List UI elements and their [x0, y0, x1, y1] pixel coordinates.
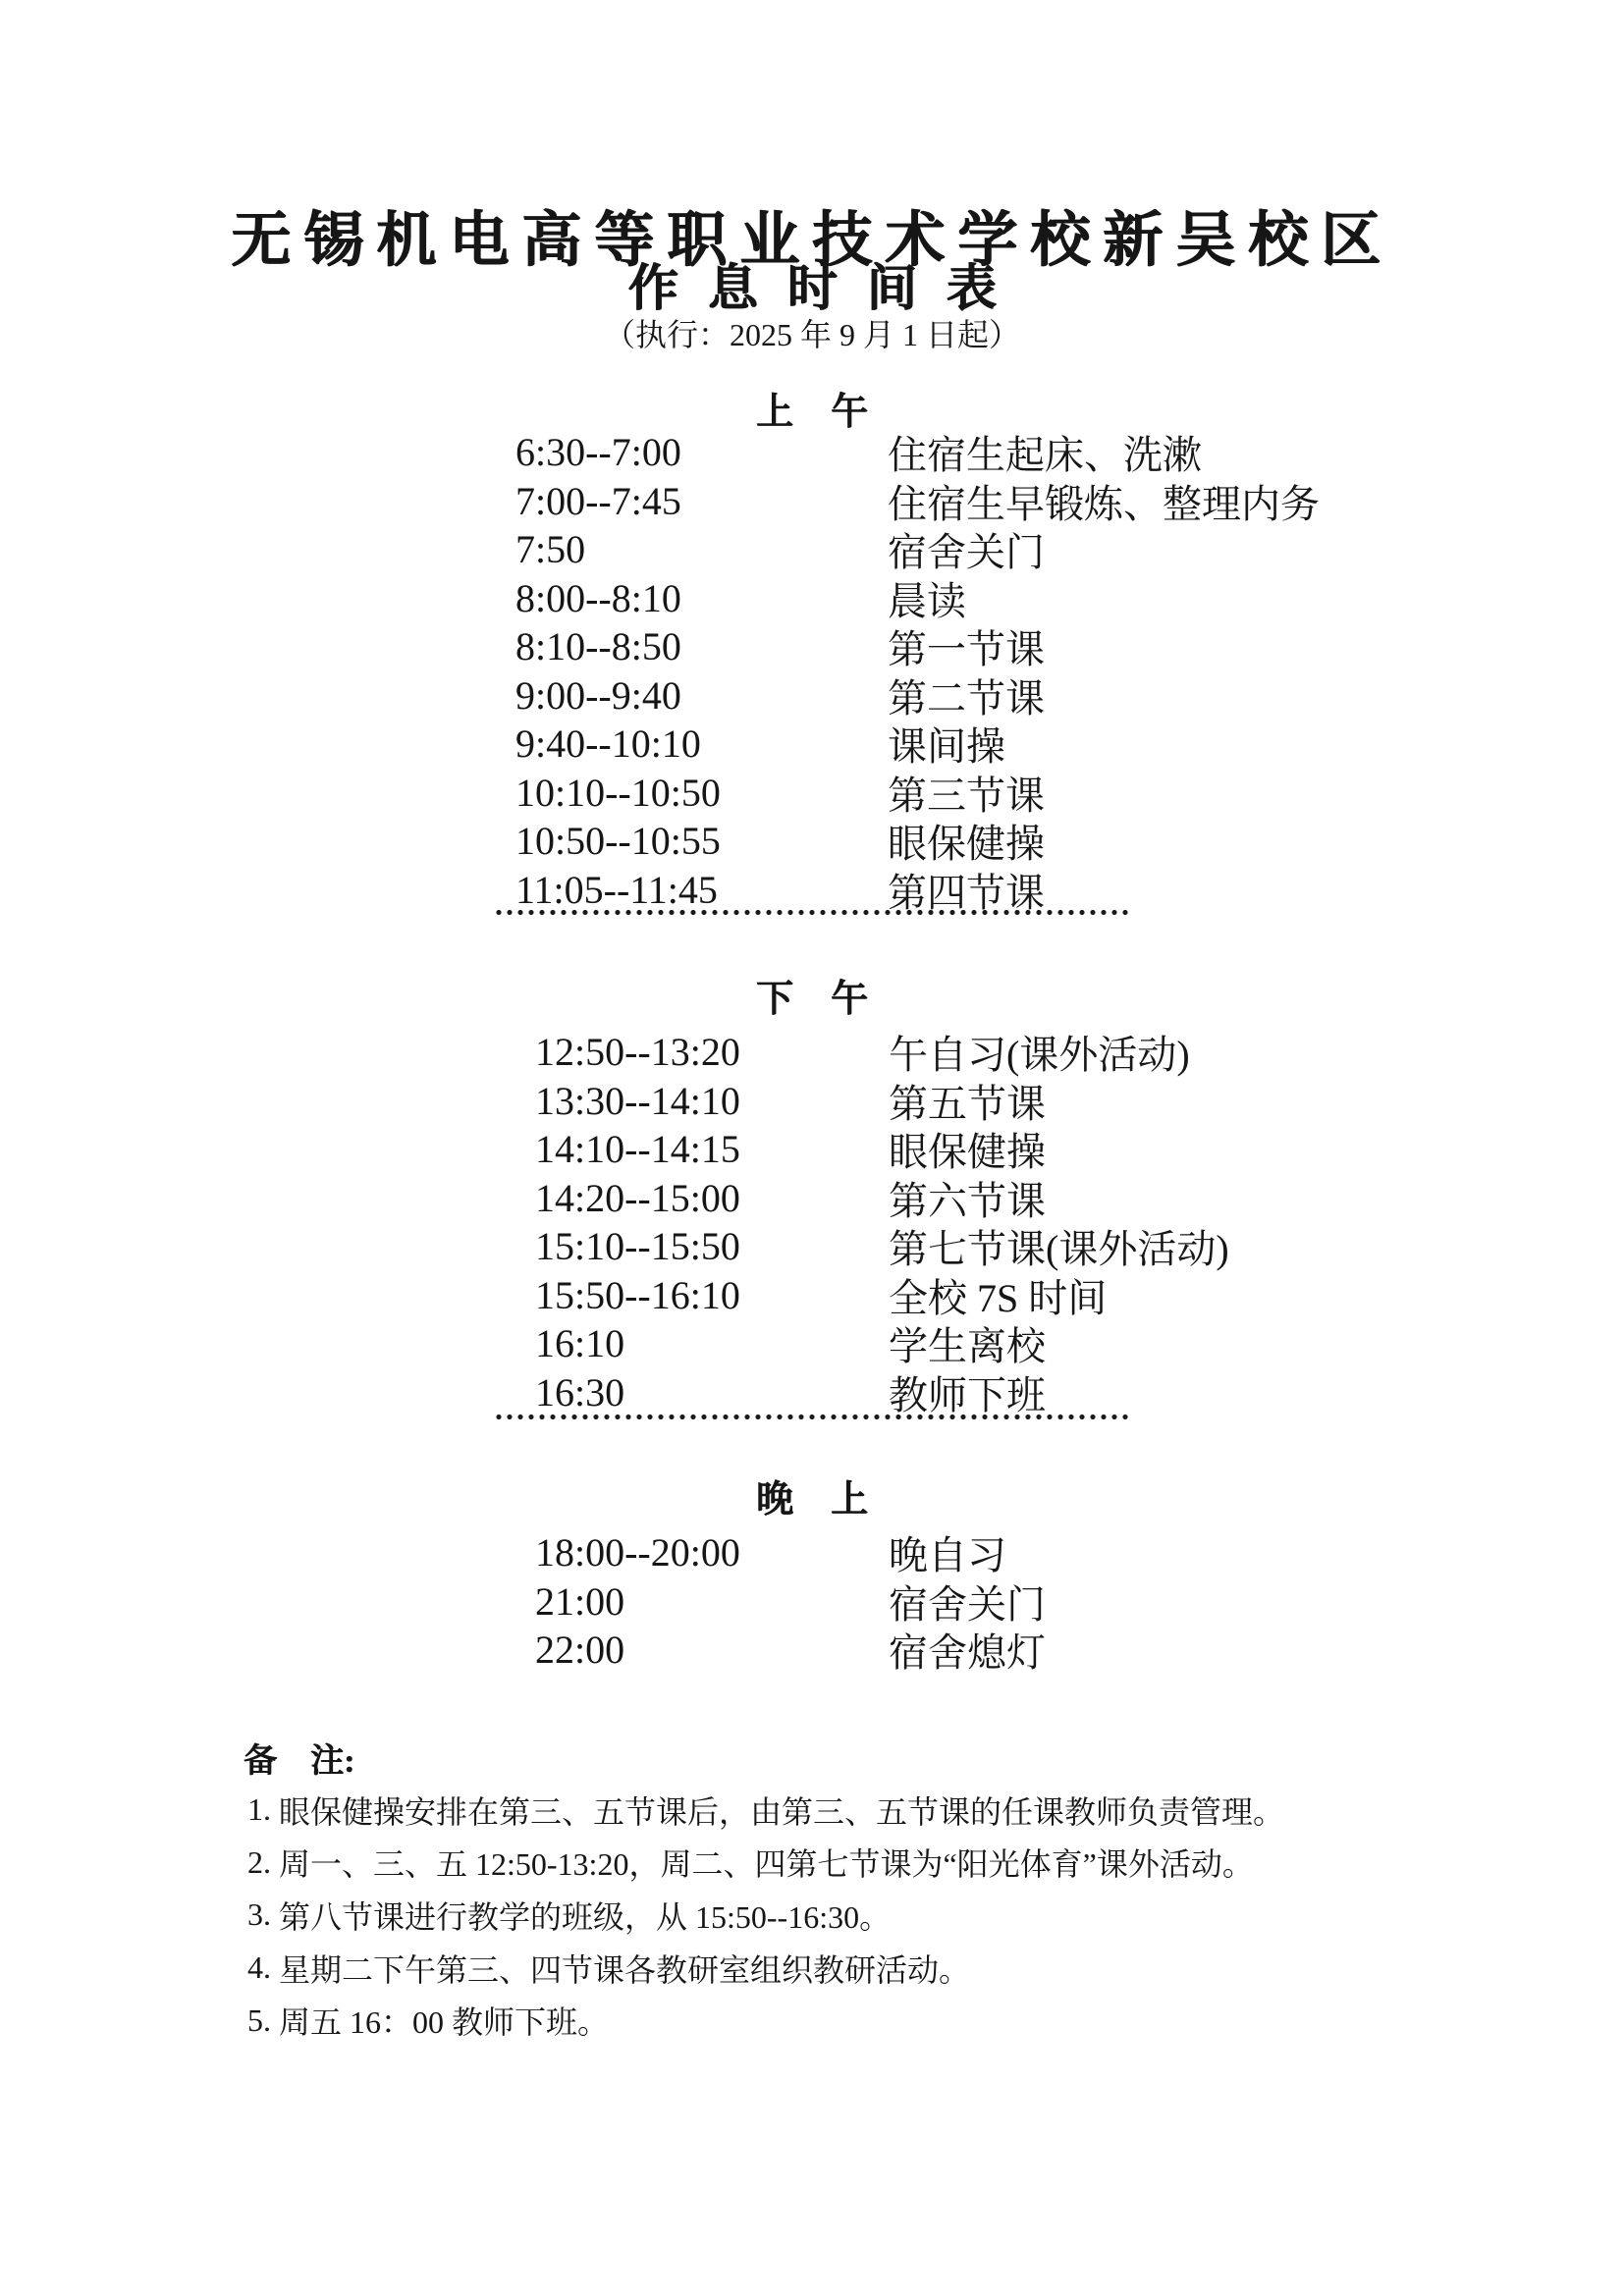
- note-text: 星期二下午第三、四节课各教研室组织教研活动。: [279, 1946, 970, 1991]
- activity-label: 眼保健操: [888, 813, 1045, 869]
- note-text: 第八节课进行教学的班级，从 15:50--16:30。: [279, 1893, 891, 1938]
- schedule-row: 7:00--7:45住宿生早锻炼、整理内务: [515, 477, 1320, 526]
- time-range: 14:20--15:00: [535, 1175, 889, 1221]
- notes-header: 备 注:: [244, 1734, 354, 1782]
- note-number: 4.: [247, 1949, 279, 1986]
- schedule-row: 11:05--11:45第四节课: [515, 866, 1320, 915]
- schedule-row: 22:00宿舍熄灯: [535, 1626, 1046, 1675]
- activity-label: 学生离校: [889, 1315, 1046, 1371]
- page-subtitle: 作息时间表: [0, 247, 1624, 320]
- time-range: 10:50--10:55: [515, 818, 888, 864]
- time-range: 18:00--20:00: [535, 1529, 889, 1575]
- time-range: 9:40--10:10: [515, 721, 888, 767]
- dotted-divider: [496, 909, 1129, 916]
- time-range: 8:00--8:10: [515, 575, 888, 621]
- schedule-afternoon: 12:50--13:20午自习(课外活动)13:30--14:10第五节课14:…: [535, 1028, 1229, 1416]
- note-text: 眼保健操安排在第三、五节课后，由第三、五节课的任课教师负责管理。: [279, 1788, 1284, 1833]
- note-item: 2.周一、三、五 12:50-13:20，周二、四第七节课为“阳光体育”课外活动…: [247, 1837, 1284, 1890]
- time-range: 11:05--11:45: [515, 867, 888, 913]
- timetable-page: 无锡机电高等职业技术学校新吴校区 作息时间表 （执行：2025 年 9 月 1 …: [0, 0, 1624, 2296]
- section-header-afternoon: 下 午: [0, 968, 1624, 1022]
- schedule-row: 21:00宿舍关门: [535, 1577, 1046, 1627]
- schedule-row: 10:50--10:55眼保健操: [515, 817, 1320, 866]
- time-range: 22:00: [535, 1627, 889, 1673]
- note-item: 4.星期二下午第三、四节课各教研室组织教研活动。: [247, 1942, 1284, 1995]
- activity-label: 课间操: [888, 716, 1005, 772]
- activity-label: 宿舍熄灯: [889, 1622, 1046, 1678]
- schedule-row: 8:10--8:50第一节课: [515, 622, 1320, 671]
- time-range: 14:10--14:15: [535, 1126, 889, 1172]
- schedule-row: 14:10--14:15眼保健操: [535, 1125, 1229, 1174]
- schedule-row: 16:10学生离校: [535, 1319, 1229, 1368]
- activity-label: 住宿生起床、洗漱: [888, 424, 1202, 480]
- schedule-evening: 18:00--20:00晚自习21:00宿舍关门22:00宿舍熄灯: [535, 1528, 1046, 1675]
- schedule-row: 14:20--15:00第六节课: [535, 1174, 1229, 1223]
- time-range: 16:30: [535, 1369, 889, 1415]
- time-range: 13:30--14:10: [535, 1078, 889, 1124]
- time-range: 10:10--10:50: [515, 770, 888, 816]
- schedule-row: 6:30--7:00住宿生起床、洗漱: [515, 428, 1320, 477]
- time-range: 6:30--7:00: [515, 429, 888, 475]
- section-header-evening: 晚 上: [0, 1468, 1624, 1522]
- schedule-row: 9:00--9:40第二节课: [515, 671, 1320, 721]
- activity-label: 宿舍关门: [888, 521, 1045, 577]
- schedule-row: 15:10--15:50第七节课(课外活动): [535, 1222, 1229, 1271]
- activity-label: 第一节课: [888, 618, 1045, 674]
- schedule-row: 10:10--10:50第三节课: [515, 769, 1320, 818]
- time-range: 12:50--13:20: [535, 1029, 889, 1075]
- time-range: 15:50--16:10: [535, 1272, 889, 1318]
- schedule-row: 8:00--8:10晨读: [515, 574, 1320, 623]
- activity-label: 晚自习: [889, 1524, 1006, 1580]
- note-item: 1.眼保健操安排在第三、五节课后，由第三、五节课的任课教师负责管理。: [247, 1784, 1284, 1837]
- note-number: 2.: [247, 1844, 279, 1881]
- effective-date: （执行：2025 年 9 月 1 日起）: [0, 310, 1624, 355]
- schedule-morning: 6:30--7:00住宿生起床、洗漱7:00--7:45住宿生早锻炼、整理内务7…: [515, 428, 1320, 914]
- schedule-row: 12:50--13:20午自习(课外活动): [535, 1028, 1229, 1077]
- schedule-row: 16:30教师下班: [535, 1368, 1229, 1417]
- activity-label: 午自习(课外活动): [889, 1024, 1190, 1080]
- schedule-row: 13:30--14:10第五节课: [535, 1077, 1229, 1126]
- activity-label: 第三节课: [888, 765, 1045, 821]
- activity-label: 教师下班: [889, 1364, 1046, 1420]
- note-item: 5.周五 16：00 教师下班。: [247, 1994, 1284, 2047]
- activity-label: 晨读: [888, 570, 966, 626]
- time-range: 16:10: [535, 1320, 889, 1366]
- time-range: 9:00--9:40: [515, 672, 888, 719]
- schedule-row: 18:00--20:00晚自习: [535, 1528, 1046, 1577]
- time-range: 21:00: [535, 1578, 889, 1625]
- activity-label: 第二节课: [888, 667, 1045, 723]
- time-range: 15:10--15:50: [535, 1223, 889, 1269]
- activity-label: 第七节课(课外活动): [889, 1218, 1229, 1274]
- activity-label: 眼保健操: [889, 1121, 1046, 1177]
- note-number: 5.: [247, 2002, 279, 2039]
- note-item: 3.第八节课进行教学的班级，从 15:50--16:30。: [247, 1889, 1284, 1942]
- notes-list: 1.眼保健操安排在第三、五节课后，由第三、五节课的任课教师负责管理。2.周一、三…: [247, 1784, 1284, 2047]
- schedule-row: 9:40--10:10课间操: [515, 720, 1320, 769]
- section-header-morning: 上 午: [0, 381, 1624, 435]
- activity-label: 第六节课: [889, 1170, 1046, 1226]
- dotted-divider: [496, 1414, 1129, 1420]
- note-text: 周五 16：00 教师下班。: [279, 1998, 609, 2043]
- activity-label: 住宿生早锻炼、整理内务: [888, 473, 1320, 529]
- activity-label: 第五节课: [889, 1073, 1046, 1129]
- note-number: 1.: [247, 1791, 279, 1828]
- time-range: 7:00--7:45: [515, 478, 888, 524]
- activity-label: 宿舍关门: [889, 1574, 1046, 1629]
- time-range: 8:10--8:50: [515, 623, 888, 669]
- note-text: 周一、三、五 12:50-13:20，周二、四第七节课为“阳光体育”课外活动。: [279, 1840, 1254, 1885]
- time-range: 7:50: [515, 526, 888, 572]
- schedule-row: 7:50宿舍关门: [515, 525, 1320, 574]
- activity-label: 全校 7S 时间: [889, 1267, 1107, 1323]
- note-number: 3.: [247, 1896, 279, 1933]
- schedule-row: 15:50--16:10全校 7S 时间: [535, 1271, 1229, 1320]
